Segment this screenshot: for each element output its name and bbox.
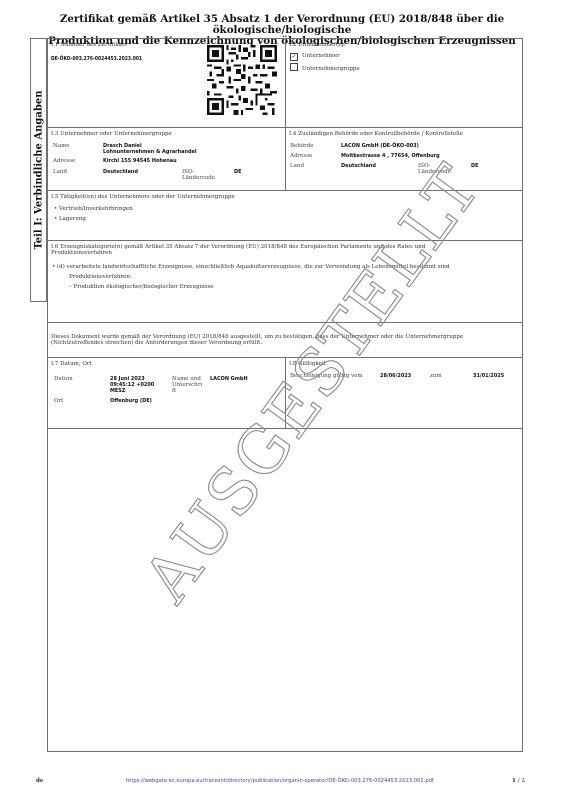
authority-label: Behörde xyxy=(290,143,314,150)
address-label: Adresse xyxy=(290,153,312,160)
i5-heading: I.5 Tätigkeit(en) des Unternehmers oder … xyxy=(51,194,235,201)
valid-to-label: zum xyxy=(430,373,442,380)
section-i3: I.3 Unternehmer oder Unternehmergruppe N… xyxy=(47,127,285,190)
i7-heading: I.7 Datum, Ort xyxy=(51,361,92,368)
activity-item: • Lagerung xyxy=(54,216,86,223)
title-line-1: Zertifikat gemäß Artikel 35 Absatz 1 der… xyxy=(0,14,564,36)
name-label: Name xyxy=(53,143,70,150)
operator-iso-code: DE xyxy=(234,169,242,176)
i4-heading: I.4 Zuständigen Behörde oder Kontrollbeh… xyxy=(289,131,463,138)
language-code: de xyxy=(36,778,43,784)
page-total: / 2 xyxy=(518,778,525,784)
issue-timezone: MESZ xyxy=(110,388,125,395)
signer-label-line3: ft xyxy=(172,388,176,395)
issue-place: Offenburg (DE) xyxy=(110,398,152,405)
qr-code-icon xyxy=(207,45,277,115)
i2-heading: I.2 Unternehmertyp xyxy=(289,42,345,49)
i6-heading-line2: Produktionsverfahren xyxy=(51,250,112,257)
signer-name: LACON GmbH xyxy=(210,376,248,383)
authority-name: LACON GmbH (DE-ÖKO-003) xyxy=(341,143,419,150)
checkbox-unchecked-icon[interactable] xyxy=(290,63,298,71)
iso-label-line2: Ländercode xyxy=(182,175,215,182)
option-label: Unternehmer xyxy=(302,53,340,59)
part-label-text: Teil I: Verbindliche Angaben xyxy=(33,90,44,249)
country-label: Land xyxy=(53,169,67,176)
valid-to-date: 31/01/2025 xyxy=(473,373,504,380)
option-label: Unternehmergruppe xyxy=(302,66,360,72)
date-label: Datum xyxy=(54,376,73,383)
authority-country: Deutschland xyxy=(341,163,376,170)
activity-item: • Vertrieb/Inverkehrbringen xyxy=(54,206,133,213)
certificate-number: DE-ÖKO-003.276-0024453.2023.001 xyxy=(51,56,142,63)
checkbox-checked-icon[interactable]: ✓ xyxy=(290,53,298,61)
address-label: Adresse xyxy=(53,158,75,165)
operator-name-line2: Lohnunternehmen & Agrarhandel xyxy=(103,149,197,156)
operator-address: Kirchl 155 94545 Hohenau xyxy=(103,158,177,165)
authority-iso-code: DE xyxy=(471,163,479,170)
i3-heading: I.3 Unternehmer oder Unternehmergruppe xyxy=(51,131,172,138)
signer-label-line2: Unterschri xyxy=(172,382,202,389)
operator-type-option[interactable]: Unternehmergruppe xyxy=(290,63,360,73)
valid-from-date: 28/06/2023 xyxy=(380,373,411,380)
production-method-label: Produktionsverfahren: xyxy=(69,274,132,281)
section-i4: I.4 Zuständigen Behörde oder Kontrollbeh… xyxy=(285,127,523,190)
operator-type-option[interactable]: ✓Unternehmer xyxy=(290,53,340,61)
place-label: Ort xyxy=(54,398,63,405)
authority-address: Moltkestrasse 4 , 77654, Offenburg xyxy=(341,153,440,160)
statement-line-2: (Nichtzutreffendes streichen) die Anford… xyxy=(51,340,262,347)
document-url-link[interactable]: https://webgate.ec.europa.eu/tracesnt/di… xyxy=(126,778,434,784)
certification-statement: Dieses Dokument wurde gemäß der Verordnu… xyxy=(47,322,523,357)
page-indicator: 1 / 2 xyxy=(512,778,525,784)
side-spacer-box xyxy=(30,240,47,302)
section-i2: I.2 Unternehmertyp ✓Unternehmer Unterneh… xyxy=(285,38,523,127)
i1-heading: I.1 Nummer des Zertifikats xyxy=(51,42,127,49)
page-current: 1 xyxy=(512,778,516,784)
operator-country: Deutschland xyxy=(103,169,138,176)
production-method: – Produktion ökologischer/biologischer E… xyxy=(69,284,214,291)
country-label: Land xyxy=(290,163,304,170)
